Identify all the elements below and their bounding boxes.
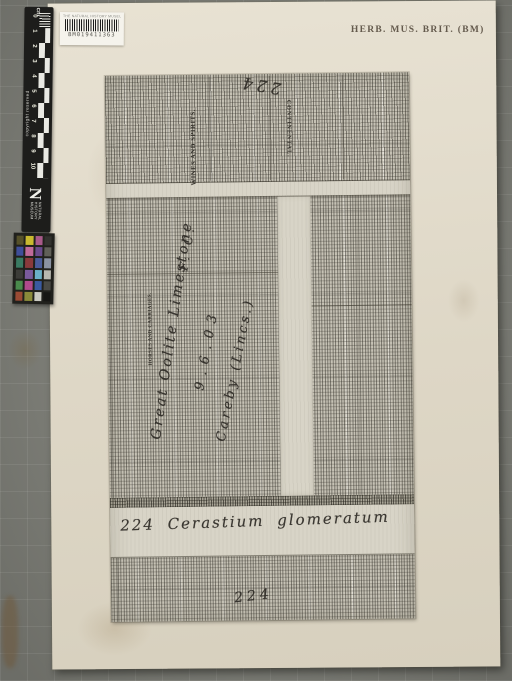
mount-sheet: THE NATURAL HISTORY MUSEUM LONDON BM0194… <box>48 0 501 669</box>
color-patch <box>15 291 22 300</box>
ruler-number: 9 <box>29 146 35 156</box>
ruler-millimetre-ticks <box>39 13 50 28</box>
ruler-number: 0 <box>31 11 37 21</box>
ruler-copyright: copyright reserved <box>24 81 30 145</box>
ruler-number: 6 <box>30 101 36 111</box>
newsprint-blank-column <box>277 195 314 495</box>
color-patch <box>25 280 32 289</box>
barcode-label: THE NATURAL HISTORY MUSEUM LONDON BM0194… <box>60 12 124 45</box>
nhm-logo-words: NATURALHISTORYMUSEUM <box>29 202 42 221</box>
color-patch <box>35 258 42 267</box>
ruler-number: 8 <box>30 131 36 141</box>
nhm-logo-word: MUSEUM <box>29 202 33 221</box>
ruler-number: 5 <box>30 86 36 96</box>
color-patch <box>34 270 41 279</box>
ruler-number: 4 <box>31 71 37 81</box>
color-checker <box>12 233 54 305</box>
newspaper-clipping: WINES AND SPIRITS. CONTINENTAL. HORSES A… <box>105 72 416 622</box>
color-patch <box>34 281 41 290</box>
ruler-number: 7 <box>30 116 36 126</box>
ruler-number: 3 <box>31 56 37 66</box>
color-patch <box>44 270 51 279</box>
nhm-logo-word: NATURAL <box>38 202 42 221</box>
color-patch <box>34 292 41 301</box>
ruler-checker <box>37 28 50 178</box>
nhm-logo-inner: N NATURALHISTORYMUSEUM <box>21 179 50 229</box>
ruler-number: 2 <box>31 41 37 51</box>
color-patch <box>44 247 51 256</box>
ruler-checker-column <box>43 28 51 178</box>
color-patch <box>16 258 23 267</box>
color-patch <box>35 247 42 256</box>
herbarium-stamp: HERB. MUS. BRIT. (BM) <box>351 25 485 35</box>
ruler-number: 10 <box>29 161 35 171</box>
color-patch <box>26 236 33 245</box>
color-checker-grid <box>15 236 51 302</box>
barcode-institution-text: THE NATURAL HISTORY MUSEUM LONDON <box>63 14 121 18</box>
color-patch <box>44 259 51 268</box>
specimen-photograph: THE NATURAL HISTORY MUSEUM LONDON BM0194… <box>0 0 512 681</box>
color-patch <box>43 292 50 301</box>
color-patch <box>44 236 51 245</box>
color-patch <box>16 280 23 289</box>
barcode <box>65 19 119 31</box>
color-patch <box>16 236 23 245</box>
nhm-logo-word: HISTORY <box>33 202 37 221</box>
color-patch <box>25 269 32 278</box>
stain <box>448 279 480 323</box>
ruler-number: 1 <box>31 26 37 36</box>
color-patch <box>25 292 32 301</box>
barcode-number: BM019411363 <box>63 32 121 38</box>
nhm-logo: N NATURALHISTORYMUSEUM <box>21 179 51 229</box>
color-patch <box>43 281 50 290</box>
newspaper-heading-wines: WINES AND SPIRITS. <box>190 109 198 185</box>
color-patch <box>35 236 42 245</box>
color-patch <box>25 258 32 267</box>
scale-ruler: cm 012345678910 copyright reserved N NAT… <box>21 7 53 232</box>
color-patch <box>16 247 23 256</box>
nhm-logo-letter: N <box>27 187 44 200</box>
color-patch <box>16 269 23 278</box>
newspaper-heading-continental: CONTINENTAL. <box>285 89 292 169</box>
color-patch <box>26 247 33 256</box>
